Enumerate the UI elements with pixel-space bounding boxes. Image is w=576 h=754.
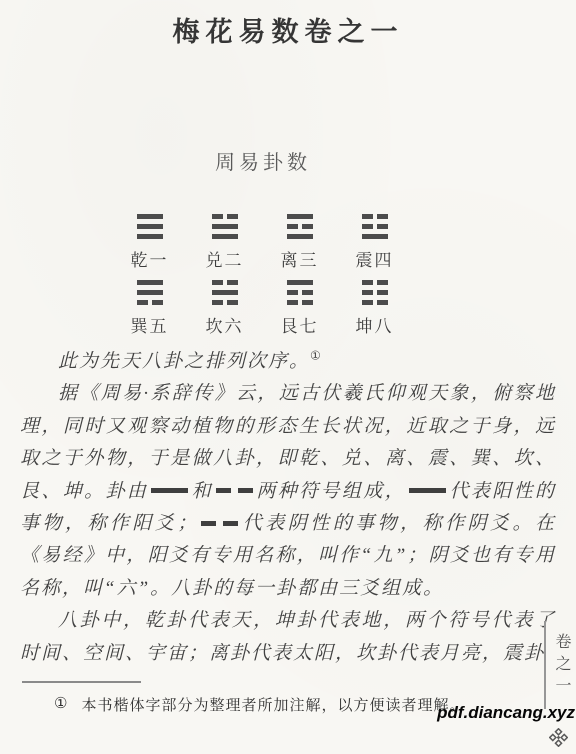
side-rule — [544, 621, 546, 709]
trigram-symbol — [212, 214, 238, 239]
yang-line — [362, 234, 388, 239]
yin-line — [287, 300, 313, 305]
trigram-label: 巽五 — [131, 312, 169, 337]
footnote-text: 本书楷体字部分为整理者所加注解，以方便读者理解。 — [81, 694, 465, 715]
yin-line — [362, 300, 388, 305]
trigram-symbol — [287, 280, 313, 305]
yin-line — [212, 300, 238, 305]
trigram-label: 坎六 — [206, 312, 244, 337]
yin-line — [287, 224, 313, 229]
yang-line-symbol — [409, 488, 446, 493]
yang-line — [287, 234, 313, 239]
trigram-label: 艮七 — [281, 312, 319, 337]
trigram-symbol — [362, 280, 388, 305]
yin-line — [287, 290, 313, 295]
side-label: 卷之一 — [550, 633, 573, 713]
trigram-label: 兑二 — [206, 246, 244, 271]
yin-line-symbol — [201, 521, 238, 526]
yin-line — [362, 214, 388, 219]
trigram-item: 兑二 — [187, 214, 262, 266]
trigram-item: 离三 — [262, 214, 337, 266]
watermark: pdf.diancang.xyz — [437, 703, 575, 723]
yin-line-symbol — [216, 488, 253, 493]
section-heading: 周易卦数 — [0, 146, 526, 175]
body-paragraph: 据《周易·系辞传》云，远古伏羲氏仰观天象，俯察地理，同时又观察动植物的形态生长状… — [20, 378, 556, 605]
yang-line — [212, 234, 238, 239]
yang-line — [137, 214, 163, 219]
footnote: ① 本书楷体字部分为整理者所加注解，以方便读者理解。 — [54, 694, 484, 715]
body-paragraph: 此为先天八卦之排列次序。① — [20, 346, 556, 378]
yin-line — [137, 300, 163, 305]
trigram-item: 艮七 — [262, 280, 337, 332]
trigram-symbol — [287, 214, 313, 239]
body-text: 此为先天八卦之排列次序。①据《周易·系辞传》云，远古伏羲氏仰观天象，俯察地理，同… — [20, 346, 556, 670]
book-page: 梅花易数卷之一 周易卦数 乾一兑二离三震四巽五坎六艮七坤八 此为先天八卦之排列次… — [0, 0, 576, 754]
trigram-label: 离三 — [281, 246, 319, 271]
body-paragraph: 八卦中，乾卦代表天，坤卦代表地，两个符号代表了时间、空间、宇宙；离卦代表太阳，坎… — [20, 605, 556, 670]
yang-line — [287, 214, 313, 219]
yang-line — [137, 224, 163, 229]
trigram-label: 震四 — [356, 246, 394, 271]
yang-line — [212, 290, 238, 295]
yin-line — [362, 280, 388, 285]
footnote-divider — [22, 681, 141, 683]
trigram-symbol — [137, 214, 163, 239]
yang-line — [137, 290, 163, 295]
trigram-item: 巽五 — [112, 280, 187, 332]
footnote-marker: ① — [54, 694, 68, 713]
trigram-item: 震四 — [337, 214, 412, 266]
yin-line — [362, 290, 388, 295]
trigram-item: 乾一 — [112, 214, 187, 266]
trigram-symbol — [137, 280, 163, 305]
page-title: 梅花易数卷之一 — [0, 10, 576, 49]
yang-line — [287, 280, 313, 285]
trigram-item: 坤八 — [337, 280, 412, 332]
trigram-label: 坤八 — [356, 312, 394, 337]
trigram-item: 坎六 — [187, 280, 262, 332]
yin-line — [362, 224, 388, 229]
yang-line — [212, 224, 238, 229]
yang-line — [137, 280, 163, 285]
trigram-grid: 乾一兑二离三震四巽五坎六艮七坤八 — [112, 214, 414, 346]
yin-line — [212, 280, 238, 285]
trigram-symbol — [212, 280, 238, 305]
yang-line — [137, 234, 163, 239]
footnote-ref: ① — [310, 349, 321, 363]
trigram-label: 乾一 — [131, 246, 169, 271]
yang-line-symbol — [151, 488, 188, 493]
knot-ornament-icon — [549, 728, 568, 747]
yin-line — [212, 214, 238, 219]
trigram-symbol — [362, 214, 388, 239]
